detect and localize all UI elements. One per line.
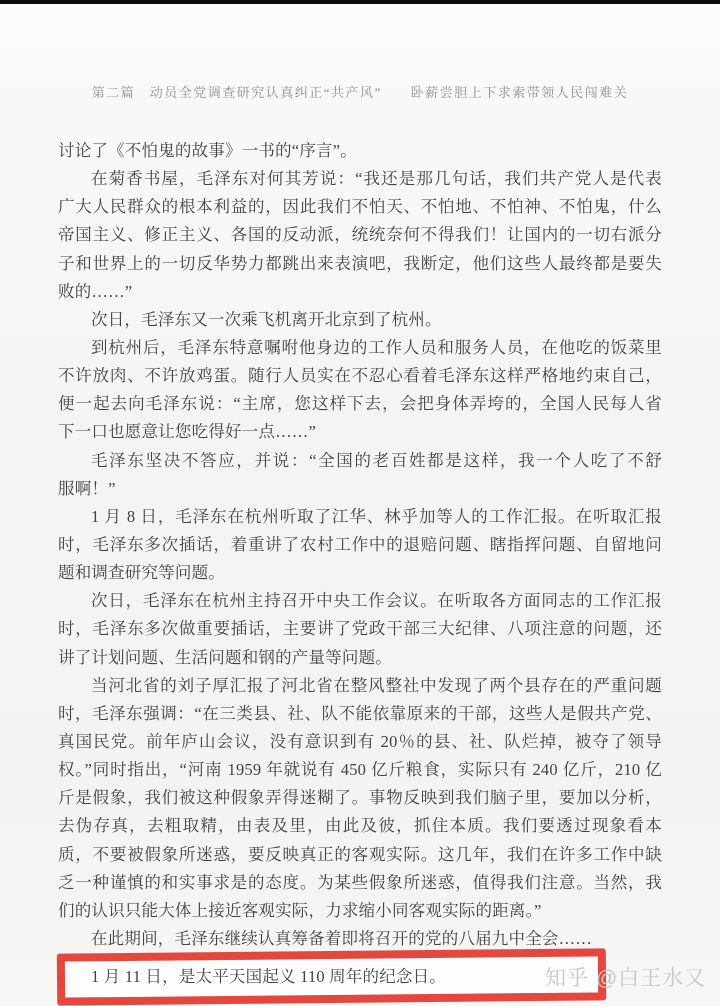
- running-header: 第二篇 动员全党调查研究认真纠正“共产风” 卧薪尝胆上下求索带领人民闯难关: [0, 82, 720, 101]
- text-line: 真国民党。前年庐山会议，没有意识到有 20％的县、社、队烂掉，被夺了领导: [58, 728, 662, 756]
- text-line: 毛泽东坚决不答应，并说：“全国的老百姓都是这样，我一个人吃了不舒: [58, 447, 662, 475]
- text-line: 服啊！”: [58, 475, 662, 503]
- text-line: 败的……”: [58, 278, 662, 306]
- text-line: 乏一种谨慎的和实事求是的态度。为某些假象所迷惑，值得我们注意。当然，我: [58, 869, 662, 897]
- text-line: 子和世界上的一切反华势力都跳出来表演吧，我断定，他们这些人最终都是要失: [58, 250, 662, 278]
- text-line: 次日，毛泽东又一次乘飞机离开北京到了杭州。: [58, 306, 662, 334]
- text-line: 下一口也愿意让您吃得好一点……”: [58, 418, 662, 446]
- text-line: 斤是假象，我们被这种假象弄得迷糊了。事物反映到我们脑子里，要加以分析，: [58, 784, 662, 812]
- text-line: 到杭州后，毛泽东特意嘱咐他身边的工作人员和服务人员，在他吃的饭菜里: [58, 334, 662, 362]
- text-line: 1 月 8 日，毛泽东在杭州听取了江华、林乎加等人的工作汇报。在听取汇报: [58, 503, 662, 531]
- text-line: 不许放肉、不许放鸡蛋。随行人员实在不忍心看着毛泽东这样严格地约束自己，: [58, 362, 662, 390]
- text-line: 次日，毛泽东在杭州主持召开中央工作会议。在听取各方面同志的工作汇报: [58, 587, 662, 615]
- text-line: 权。”同时指出，“河南 1959 年就说有 450 亿斤粮食，实际只有 240 …: [58, 756, 662, 784]
- text-line: 在菊香书屋，毛泽东对何其芳说：“我还是那几句话，我们共产党人是代表: [58, 165, 662, 193]
- text-line: 去伪存真，去粗取精，由表及里，由此及彼，抓住本质。我们要透过现象看本: [58, 812, 662, 840]
- text-line: 时，毛泽东多次做重要插话，主要讲了党政干部三大纪律、八项注意的问题，还: [58, 615, 662, 643]
- text-line: 讨论了《不怕鬼的故事》一书的“序言”。: [58, 137, 662, 165]
- text-line: 时，毛泽东强调：“在三类县、社、队不能依靠原来的干部，这些人是假共产党、: [58, 700, 662, 728]
- book-page-photo: { "page": { "running_header": "第二篇 动员全党调…: [0, 0, 720, 1006]
- watermark: 知乎 @白王水又: [545, 962, 715, 992]
- text-line: 广大人民群众的根本利益的，因此我们不怕天、不怕地、不怕神、不怕鬼，什么: [58, 193, 662, 221]
- text-line: 时，毛泽东多次插话，着重讲了农村工作中的退赔问题、瞎指挥问题、自留地问: [58, 531, 662, 559]
- text-line: 便一起去向毛泽东说：“主席，您这样下去，会把身体弄垮的，全国人民每人省: [58, 390, 662, 418]
- text-line: 们的认识只能大体上接近客观实际，力求缩小同客观实际的距离。”: [58, 897, 662, 925]
- text-line: 质，不要被假象所迷惑，要反映真正的客观实际。这几年，我们在许多工作中缺: [58, 841, 662, 869]
- photo-top-edge-bar: [0, 0, 720, 4]
- text-line: 在此期间，毛泽东继续认真筹备着即将召开的党的八届九中全会……: [58, 925, 662, 953]
- text-line: 当河北省的刘子厚汇报了河北省在整风整社中发现了两个县存在的严重问题: [58, 672, 662, 700]
- text-line: 题和调查研究等问题。: [58, 559, 662, 587]
- text-line: 讲了计划问题、生活问题和钢的产量等问题。: [58, 644, 662, 672]
- text-line: 帝国主义、修正主义、各国的反动派，统统奈何不得我们！让国内的一切右派分: [58, 221, 662, 249]
- body-text: 讨论了《不怕鬼的故事》一书的“序言”。在菊香书屋，毛泽东对何其芳说：“我还是那几…: [58, 137, 662, 991]
